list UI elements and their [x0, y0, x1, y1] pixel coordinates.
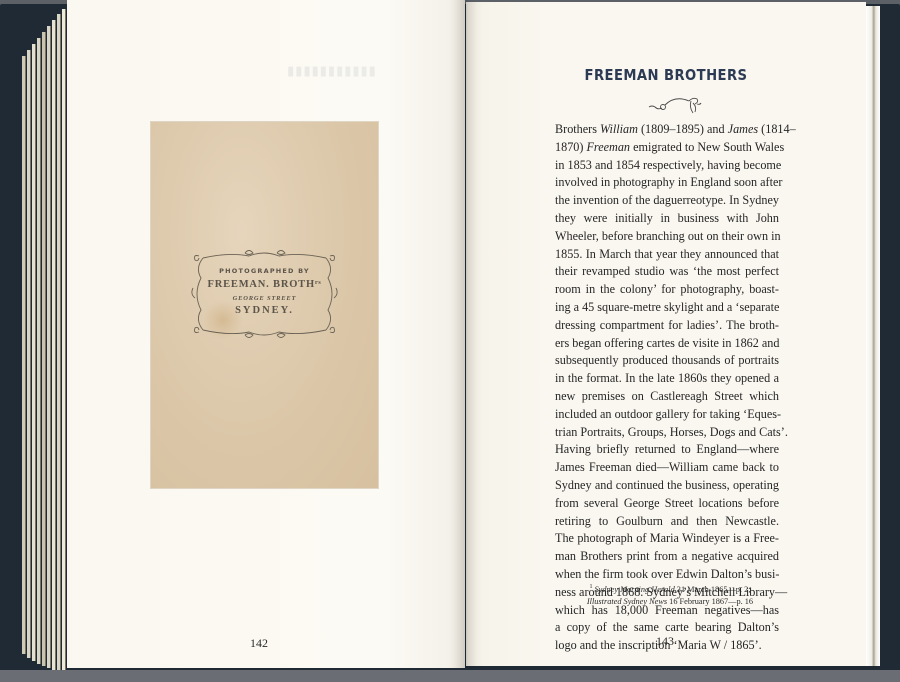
imprint-line-2: FREEMAN. BROTHʳˢ — [189, 279, 340, 290]
body-line: The photograph of Maria Windeyer is a Fr… — [555, 530, 779, 548]
body-line: 1870) Freeman emigrated to New South Wal… — [555, 139, 779, 157]
page-title: FREEMAN BROTHERS — [496, 66, 836, 84]
body-line: trian Portraits, Groups, Horses, Dogs an… — [555, 424, 779, 442]
body-line: Having briefly returned to England—where — [555, 441, 779, 459]
imprint-line-4: SYDNEY. — [189, 305, 340, 316]
body-line: new premises on Castlereagh Street which — [555, 388, 779, 406]
body-line: James Freeman died—William came back to — [555, 459, 779, 477]
body-line: Sydney and continued the business, opera… — [555, 477, 779, 495]
imprint-line-1: PHOTOGRAPHED BY — [189, 267, 340, 275]
body-line: included an outdoor gallery for taking ‘… — [555, 406, 779, 424]
body-line: subsequently produced thousands of portr… — [555, 352, 779, 370]
footnote-marker: 1 — [589, 584, 592, 590]
body-line: Wheeler, before branching out on their o… — [555, 228, 779, 246]
footnote: 1 Sydney Morning Herald 31 March 1865—p.… — [555, 581, 785, 609]
gutter — [455, 0, 477, 668]
body-text: Brothers William (1809–1895) and James (… — [555, 121, 779, 655]
page-number-right: 143 — [656, 634, 674, 649]
left-page: ▮▮▮▮▮▮▮▮▮▮▮ — [67, 0, 465, 668]
footnote-line-2: Illustrated Sydney News 16 February 1867… — [555, 596, 785, 609]
show-through-text: ▮▮▮▮▮▮▮▮▮▮▮ — [267, 64, 397, 78]
footnote-source-1: Sydney Morning Herald — [595, 585, 675, 594]
body-line: in the format. In the late 1860s they op… — [555, 370, 779, 388]
scroll-frame-icon — [189, 248, 340, 340]
flourish-ornament-icon — [645, 95, 707, 117]
footnote-ref-2: 16 February 1867—p. 16 — [667, 597, 753, 606]
body-line: retiring to Goulburn and then Newcastle. — [555, 513, 779, 531]
body-line: 1855. In March that year they announced … — [555, 246, 779, 264]
body-line: room in the colony’ for photography, boa… — [555, 281, 779, 299]
carte-de-visite-back: PHOTOGRAPHED BY FREEMAN. BROTHʳˢ GEORGE … — [151, 122, 378, 488]
body-line: ers began offering cartes de visite in 1… — [555, 335, 779, 353]
body-line: ing a 45 square-metre skylight and a ‘se… — [555, 299, 779, 317]
body-line: dressing compartment for ladies’. The br… — [555, 317, 779, 335]
right-page-edges — [866, 6, 880, 666]
body-line: the invention of the daguerreotype. In S… — [555, 192, 779, 210]
footnote-source-2: Illustrated Sydney News — [587, 597, 667, 606]
imprint-line-3: GEORGE STREET — [189, 295, 340, 302]
body-line: their revamped studio was ‘the most perf… — [555, 263, 779, 281]
body-line: in 1853 and 1854 respectively, having be… — [555, 157, 779, 175]
body-line: involved in photography in England soon … — [555, 174, 779, 192]
photographer-imprint: PHOTOGRAPHED BY FREEMAN. BROTHʳˢ GEORGE … — [189, 248, 340, 340]
footnote-line-1: 1 Sydney Morning Herald 31 March 1865—p.… — [555, 581, 785, 596]
body-line: they were initially in business with Joh… — [555, 210, 779, 228]
body-line: from several George Street locations bef… — [555, 495, 779, 513]
page-number-left: 142 — [250, 636, 268, 651]
footnote-ref-1: 31 March 1865—p. 2; — [675, 585, 751, 594]
body-line: Brothers William (1809–1895) and James (… — [555, 121, 779, 139]
table-surface — [0, 670, 900, 682]
left-page-edges — [22, 6, 68, 674]
body-line: man Brothers print from a negative acqui… — [555, 548, 779, 566]
